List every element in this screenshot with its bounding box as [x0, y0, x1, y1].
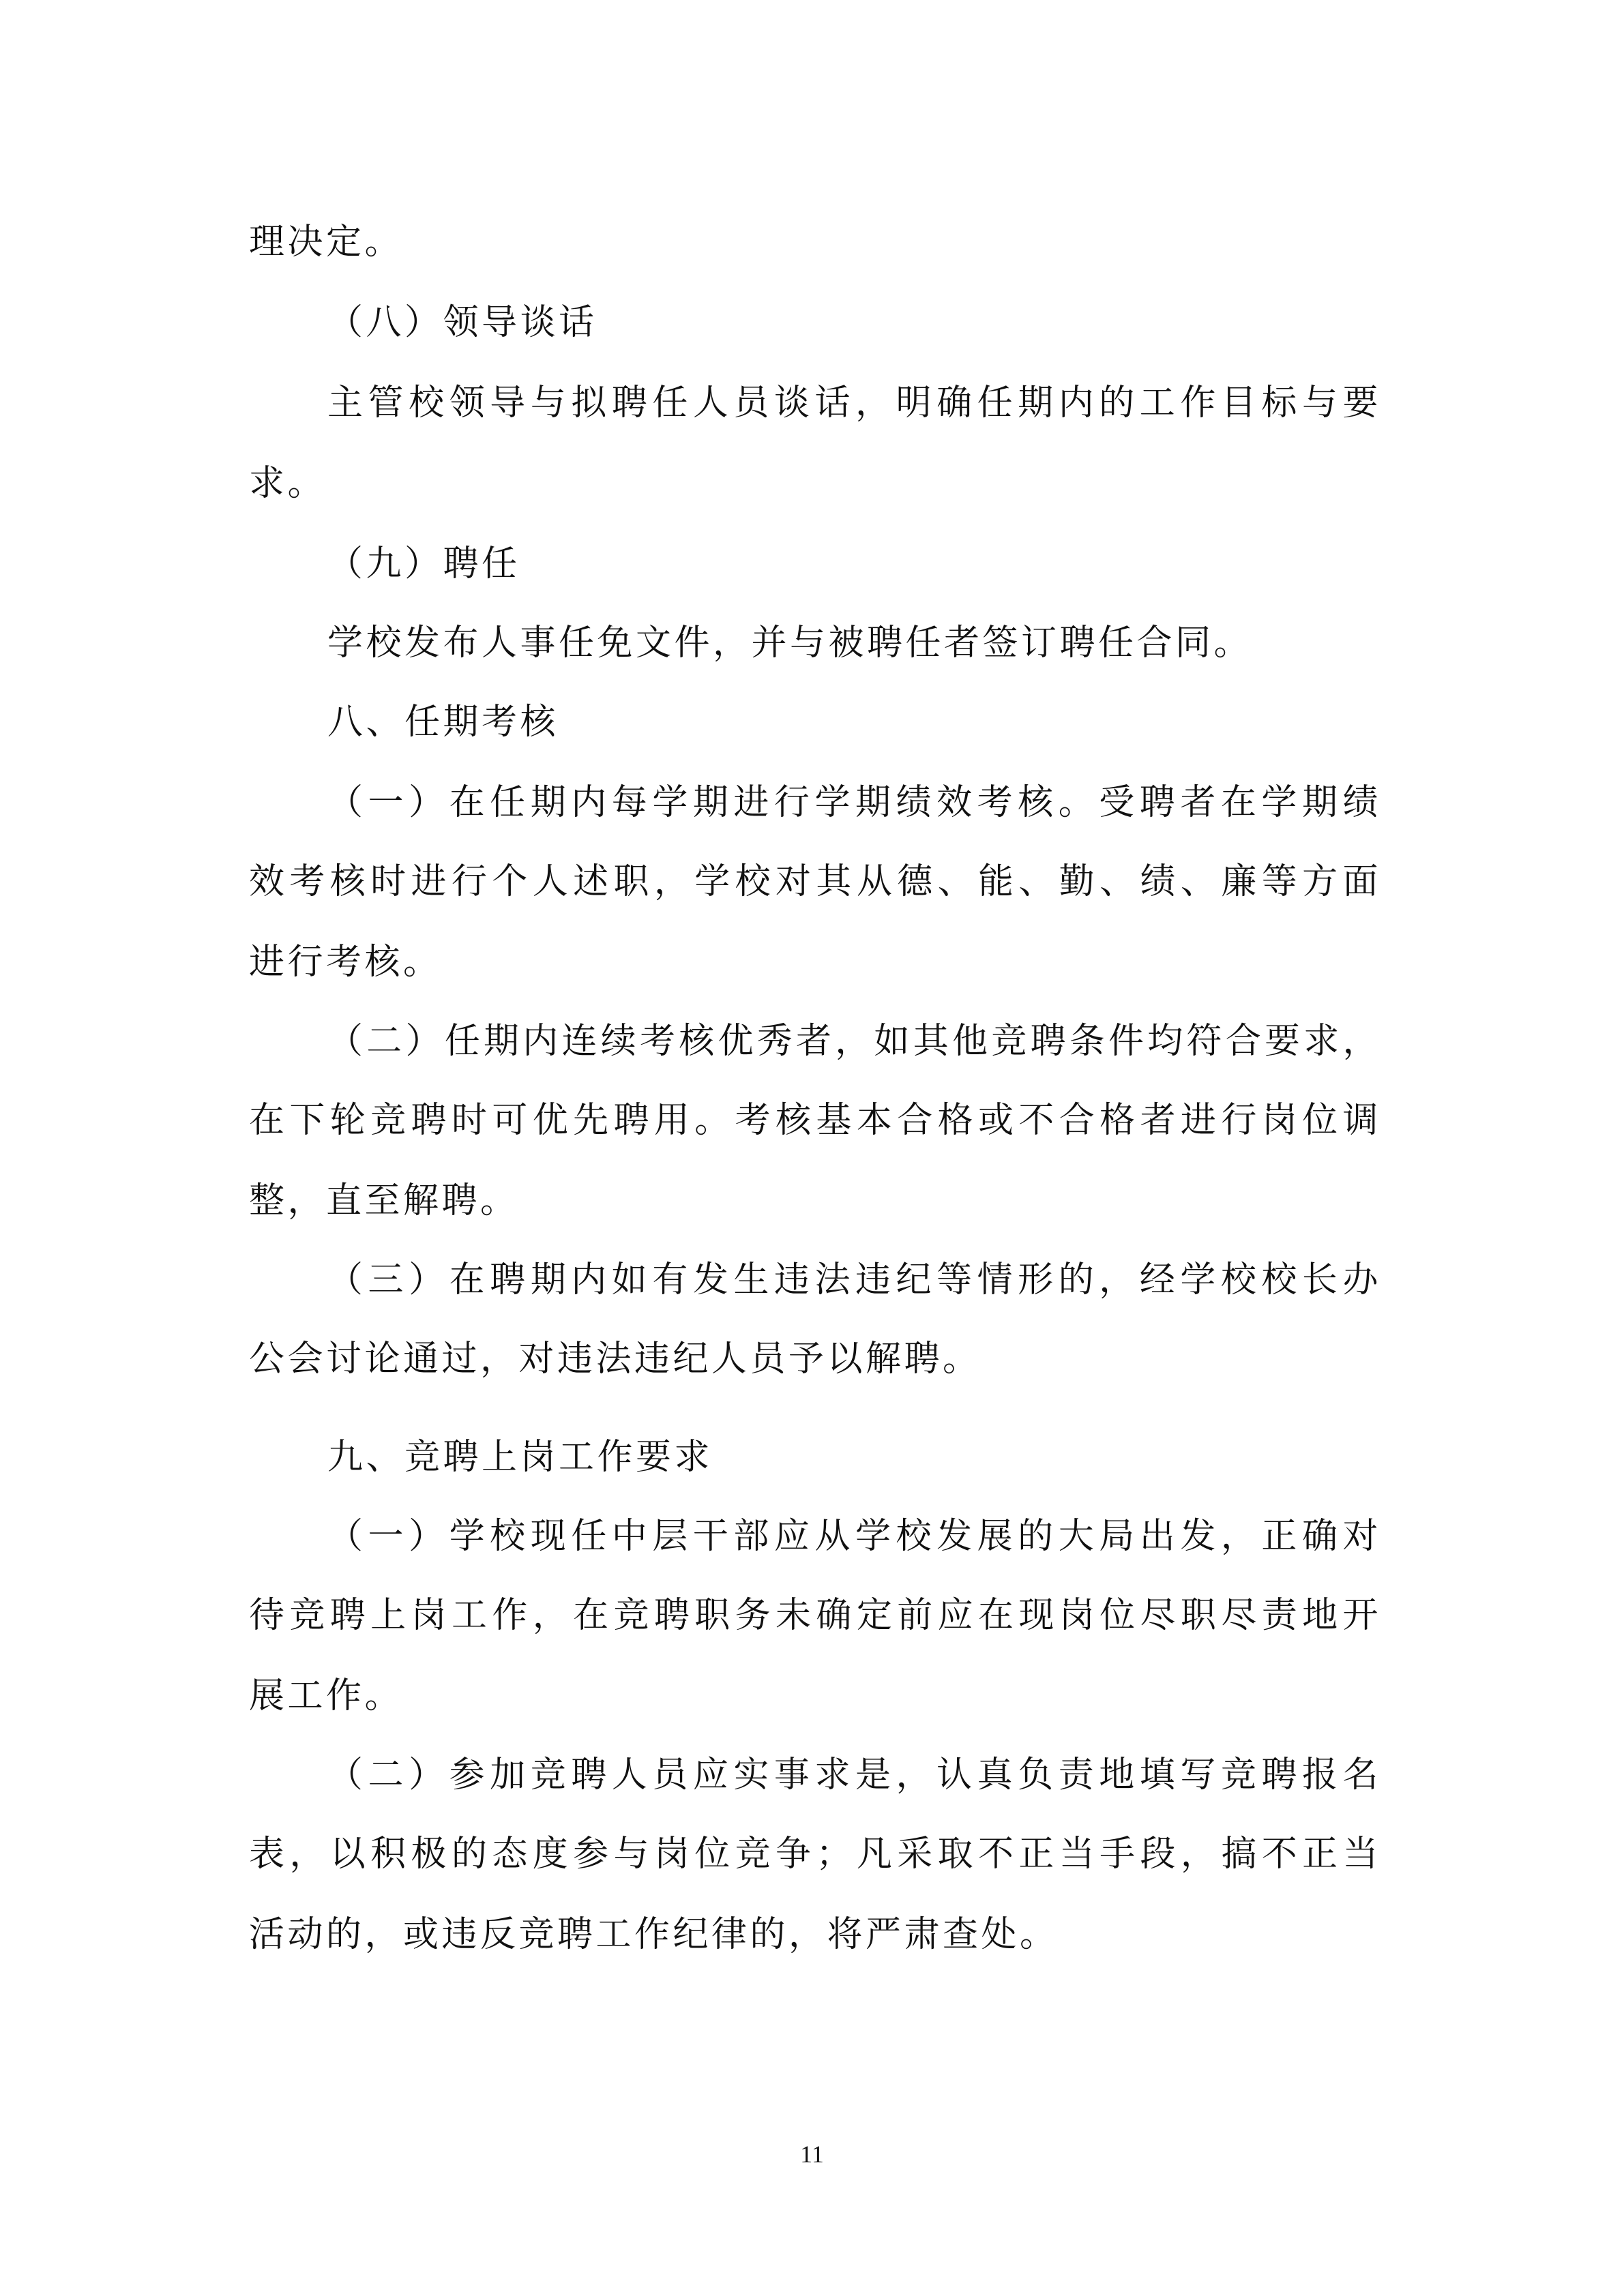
paragraph-line: 效考核时进行个人述职，学校对其从德、能、勤、绩、廉等方面: [249, 861, 1381, 902]
paragraph-line: （二）参加竞聘人员应实事求是，认真负责地填写竞聘报名: [327, 1755, 1381, 1795]
paragraph-line: 表，以积极的态度参与岗位竞争；凡采取不正当手段，搞不正当: [249, 1834, 1381, 1875]
paragraph-line: 整，直至解聘。: [249, 1180, 1381, 1221]
paragraph-line: 在下轮竞聘时可优先聘用。考核基本合格或不合格者进行岗位调: [249, 1100, 1381, 1141]
paragraph-line: （一）学校现任中层干部应从学校发展的大局出发，正确对: [327, 1516, 1381, 1557]
paragraph-line: 展工作。: [249, 1675, 1381, 1716]
paragraph-line: 求。: [249, 463, 1381, 504]
paragraph-line: 进行考核。: [249, 942, 1381, 983]
paragraph-line: （三）在聘期内如有发生违法违纪等情形的，经学校校长办: [327, 1259, 1381, 1300]
paragraph-line: 理决定。: [249, 222, 1381, 263]
section-heading: 八、任期考核: [327, 702, 1381, 743]
paragraph-line: 主管校领导与拟聘任人员谈话，明确任期内的工作目标与要: [327, 383, 1381, 423]
section-heading: （九）聘任: [327, 543, 1381, 584]
paragraph-line: 学校发布人事任免文件，并与被聘任者签订聘任合同。: [327, 623, 1381, 664]
paragraph-line: 公会讨论通过，对违法违纪人员予以解聘。: [249, 1339, 1381, 1380]
section-heading: （八）领导谈话: [327, 302, 1381, 343]
document-page: 理决定。 （八）领导谈话 主管校领导与拟聘任人员谈话，明确任期内的工作目标与要 …: [0, 0, 1624, 2296]
paragraph-line: 待竞聘上岗工作，在竞聘职务未确定前应在现岗位尽职尽责地开: [249, 1595, 1381, 1636]
section-heading: 九、竞聘上岗工作要求: [327, 1437, 1381, 1478]
paragraph-line: （二）任期内连续考核优秀者，如其他竞聘条件均符合要求，: [327, 1021, 1381, 1062]
paragraph-line: 活动的，或违反竞聘工作纪律的，将严肃查处。: [249, 1914, 1381, 1955]
paragraph-line: （一）在任期内每学期进行学期绩效考核。受聘者在学期绩: [327, 782, 1381, 823]
page-number: 11: [0, 2140, 1624, 2168]
